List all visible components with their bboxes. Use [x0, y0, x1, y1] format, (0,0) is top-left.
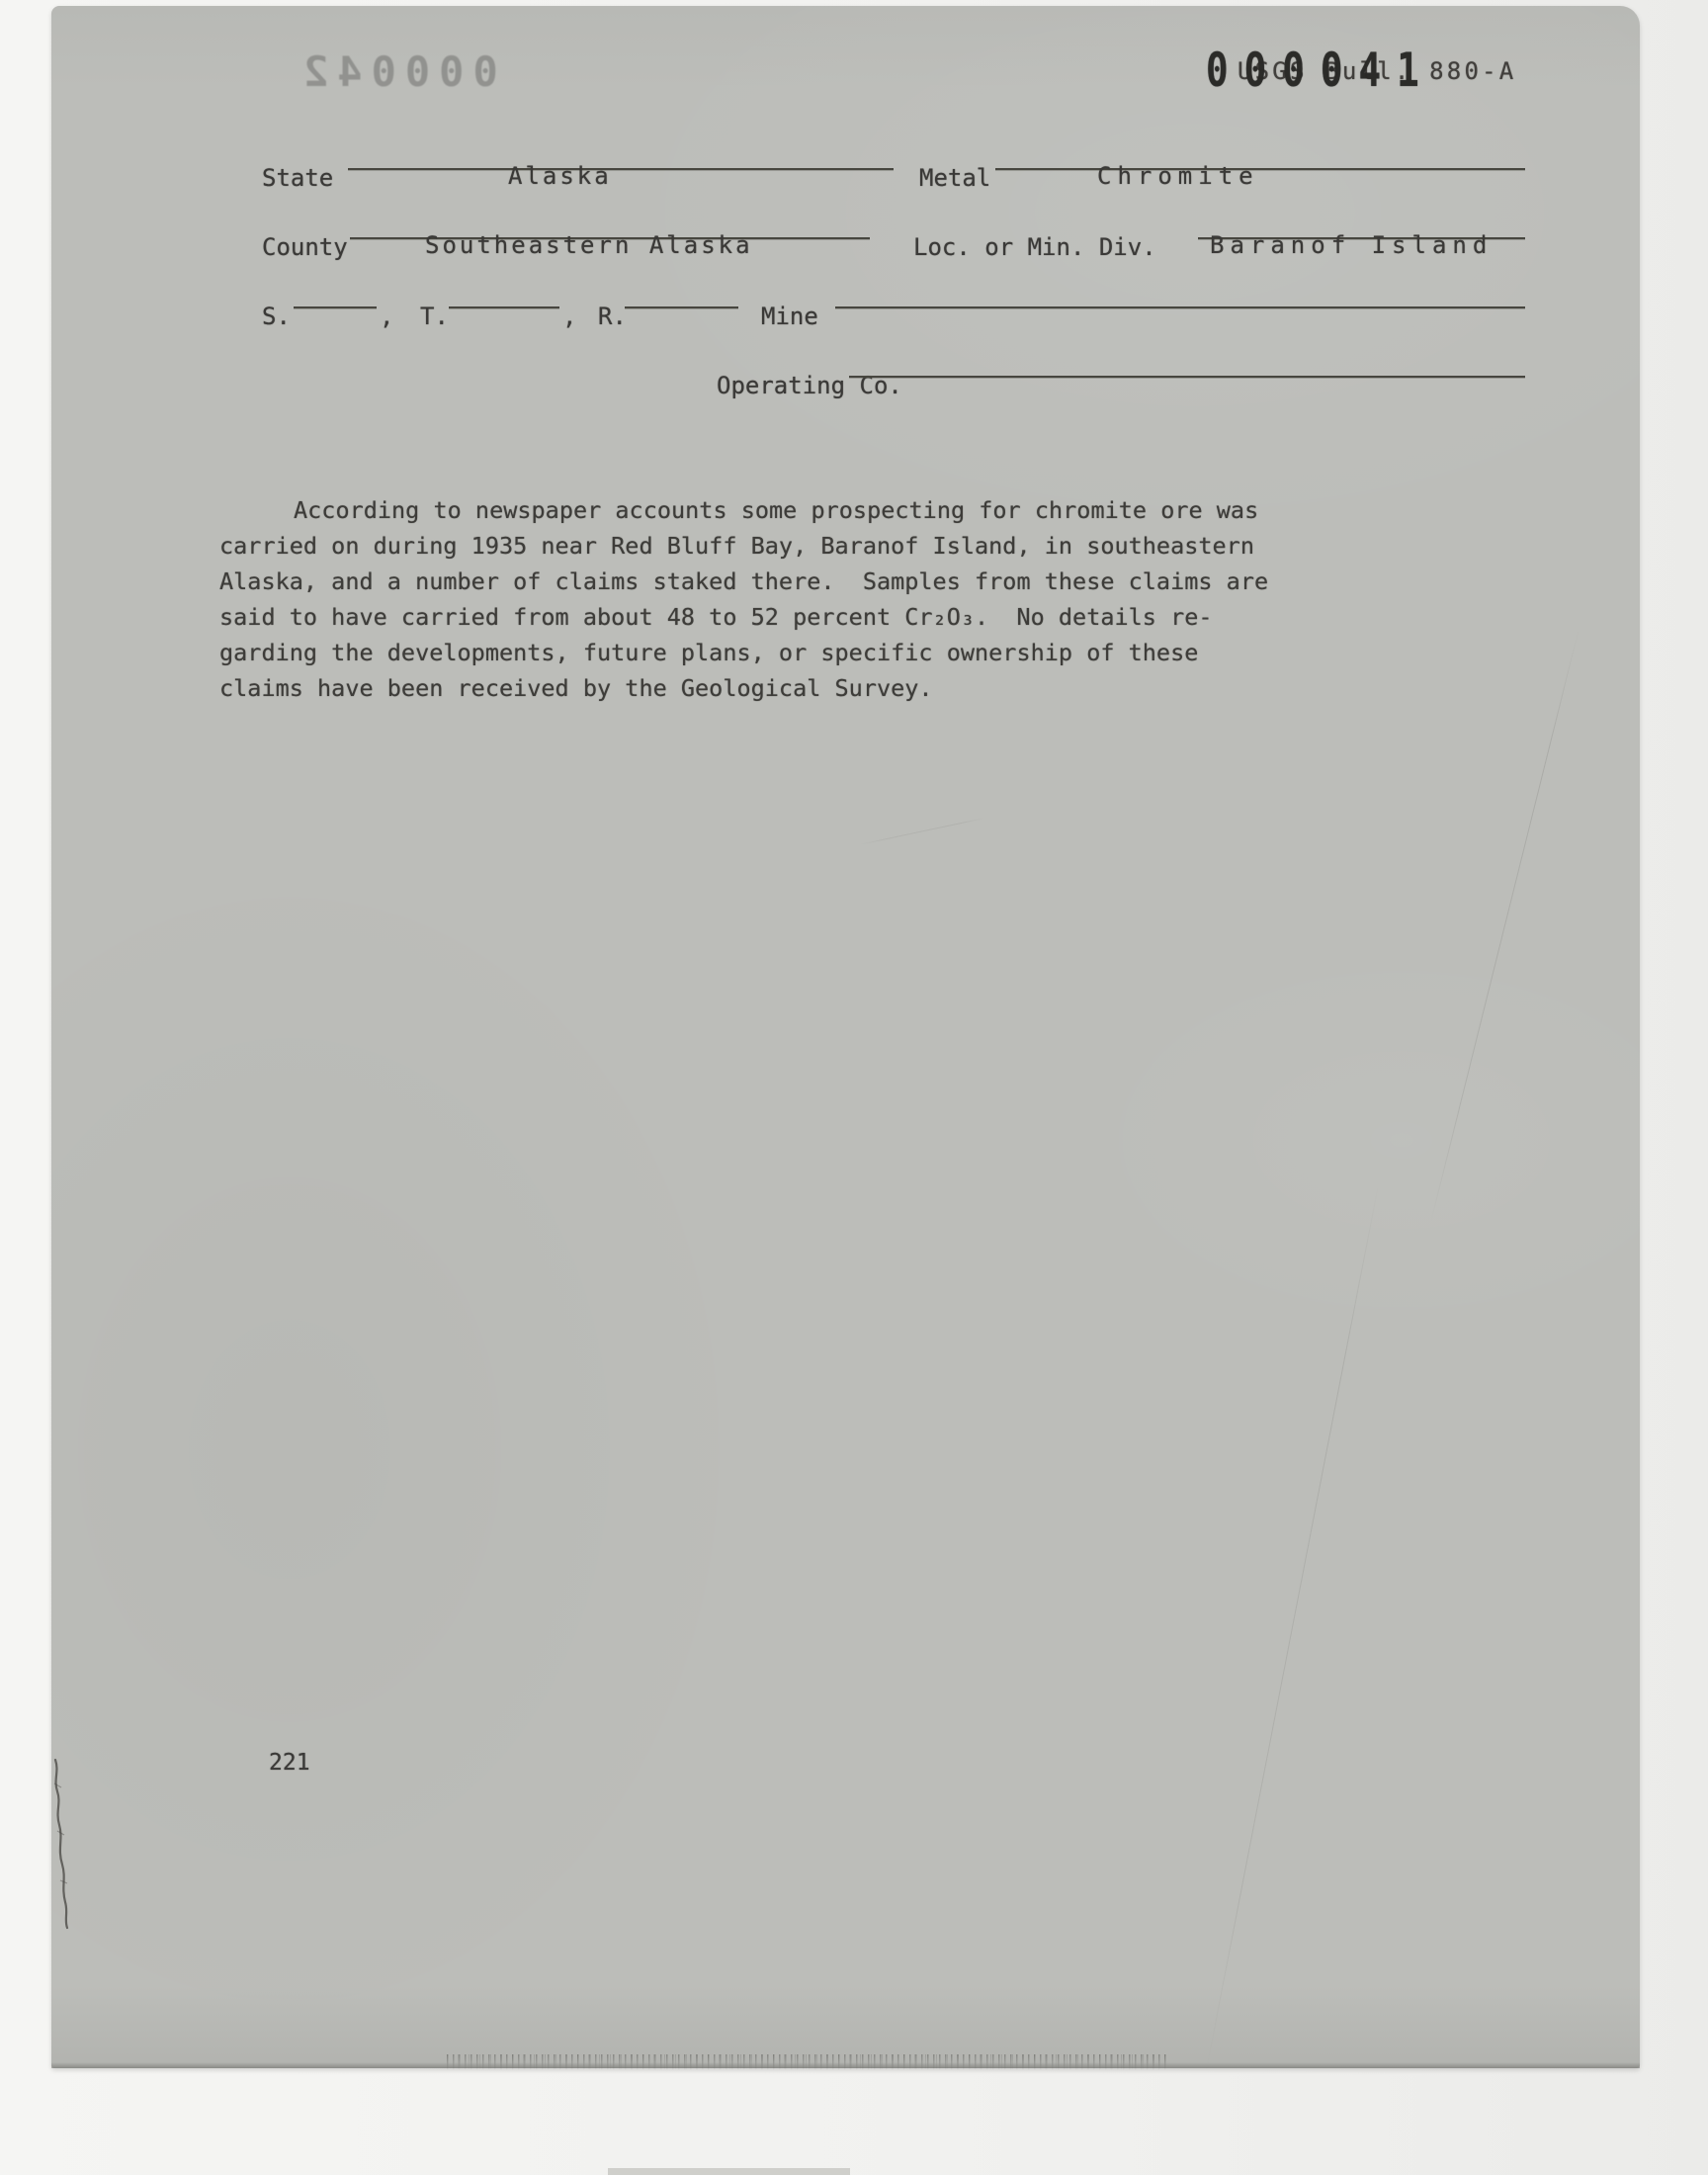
range-underline	[625, 279, 738, 308]
paragraph-line: said to have carried from about 48 to 52…	[219, 599, 1514, 635]
serial-number-stamp: 000041	[1206, 43, 1435, 98]
mine-underline	[835, 279, 1525, 308]
section-underline	[294, 279, 377, 308]
paragraph-line: garding the developments, future plans, …	[219, 635, 1514, 670]
scanned-paper-sheet: 000042 USGS Bull. 880-A 000041 State Ala…	[51, 6, 1640, 2068]
loc-min-div-value: Baranof Island	[1210, 231, 1493, 259]
state-underline	[348, 140, 894, 170]
page-number: 221	[269, 1750, 310, 1776]
county-value: Southeastern Alaska	[425, 231, 753, 259]
paragraph-line: claims have been received by the Geologi…	[219, 670, 1514, 706]
section-label: S.	[262, 303, 291, 330]
state-value: Alaska	[508, 162, 612, 190]
mine-label: Mine	[761, 303, 818, 330]
mirrored-serial-stamp: 000042	[295, 47, 498, 96]
metal-label: Metal	[919, 164, 990, 192]
paragraph-line: Alaska, and a number of claims staked th…	[219, 564, 1514, 599]
operating-co-underline	[849, 348, 1525, 378]
paper-crease	[859, 818, 984, 845]
range-label: R.	[598, 303, 627, 330]
paper-bottom-edge	[51, 2062, 1640, 2068]
township-underline	[449, 279, 559, 308]
metal-underline	[995, 140, 1525, 170]
loc-min-div-label: Loc. or Min. Div.	[913, 233, 1156, 261]
township-label: T.	[420, 303, 449, 330]
paper-crease	[1205, 1180, 1380, 2073]
county-label: County	[262, 233, 348, 261]
next-page-sliver	[608, 2168, 850, 2175]
comma-separator: ,	[562, 303, 576, 330]
paragraph-line: According to newspaper accounts some pro…	[219, 492, 1514, 528]
comma-separator: ,	[380, 303, 393, 330]
metal-value: Chromite	[1097, 162, 1259, 190]
paper-tear-mark	[45, 1754, 75, 1932]
paper-crease	[1430, 628, 1580, 1223]
state-label: State	[262, 164, 333, 192]
paragraph-line: carried on during 1935 near Red Bluff Ba…	[219, 528, 1514, 564]
